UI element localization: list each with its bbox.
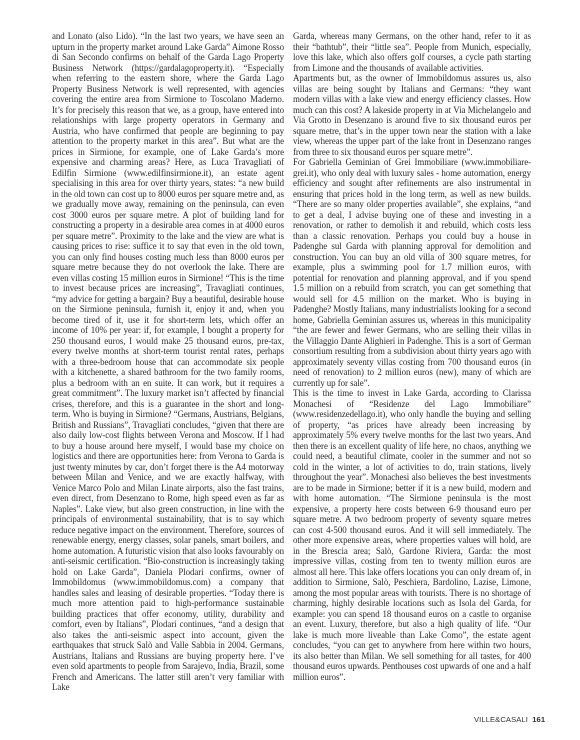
paragraph: This is the time to invest in Lake Garda… bbox=[293, 388, 531, 682]
magazine-name: VILLE&CASALI bbox=[474, 715, 528, 724]
right-column: Garda, whereas many Germans, on the othe… bbox=[293, 31, 531, 682]
paragraph: Apartments but, as the owner of Immobild… bbox=[293, 73, 531, 157]
magazine-page: and Lonato (also Lido). “In the last two… bbox=[0, 0, 580, 740]
page-footer: VILLE&CASALI 161 bbox=[474, 715, 545, 724]
paragraph: Garda, whereas many Germans, on the othe… bbox=[293, 31, 531, 73]
page-number: 161 bbox=[532, 715, 545, 724]
left-column: and Lonato (also Lido). “In the last two… bbox=[52, 31, 284, 693]
paragraph: For Gabriella Geminian of Grei Immobilia… bbox=[293, 157, 531, 388]
paragraph: and Lonato (also Lido). “In the last two… bbox=[52, 31, 284, 693]
